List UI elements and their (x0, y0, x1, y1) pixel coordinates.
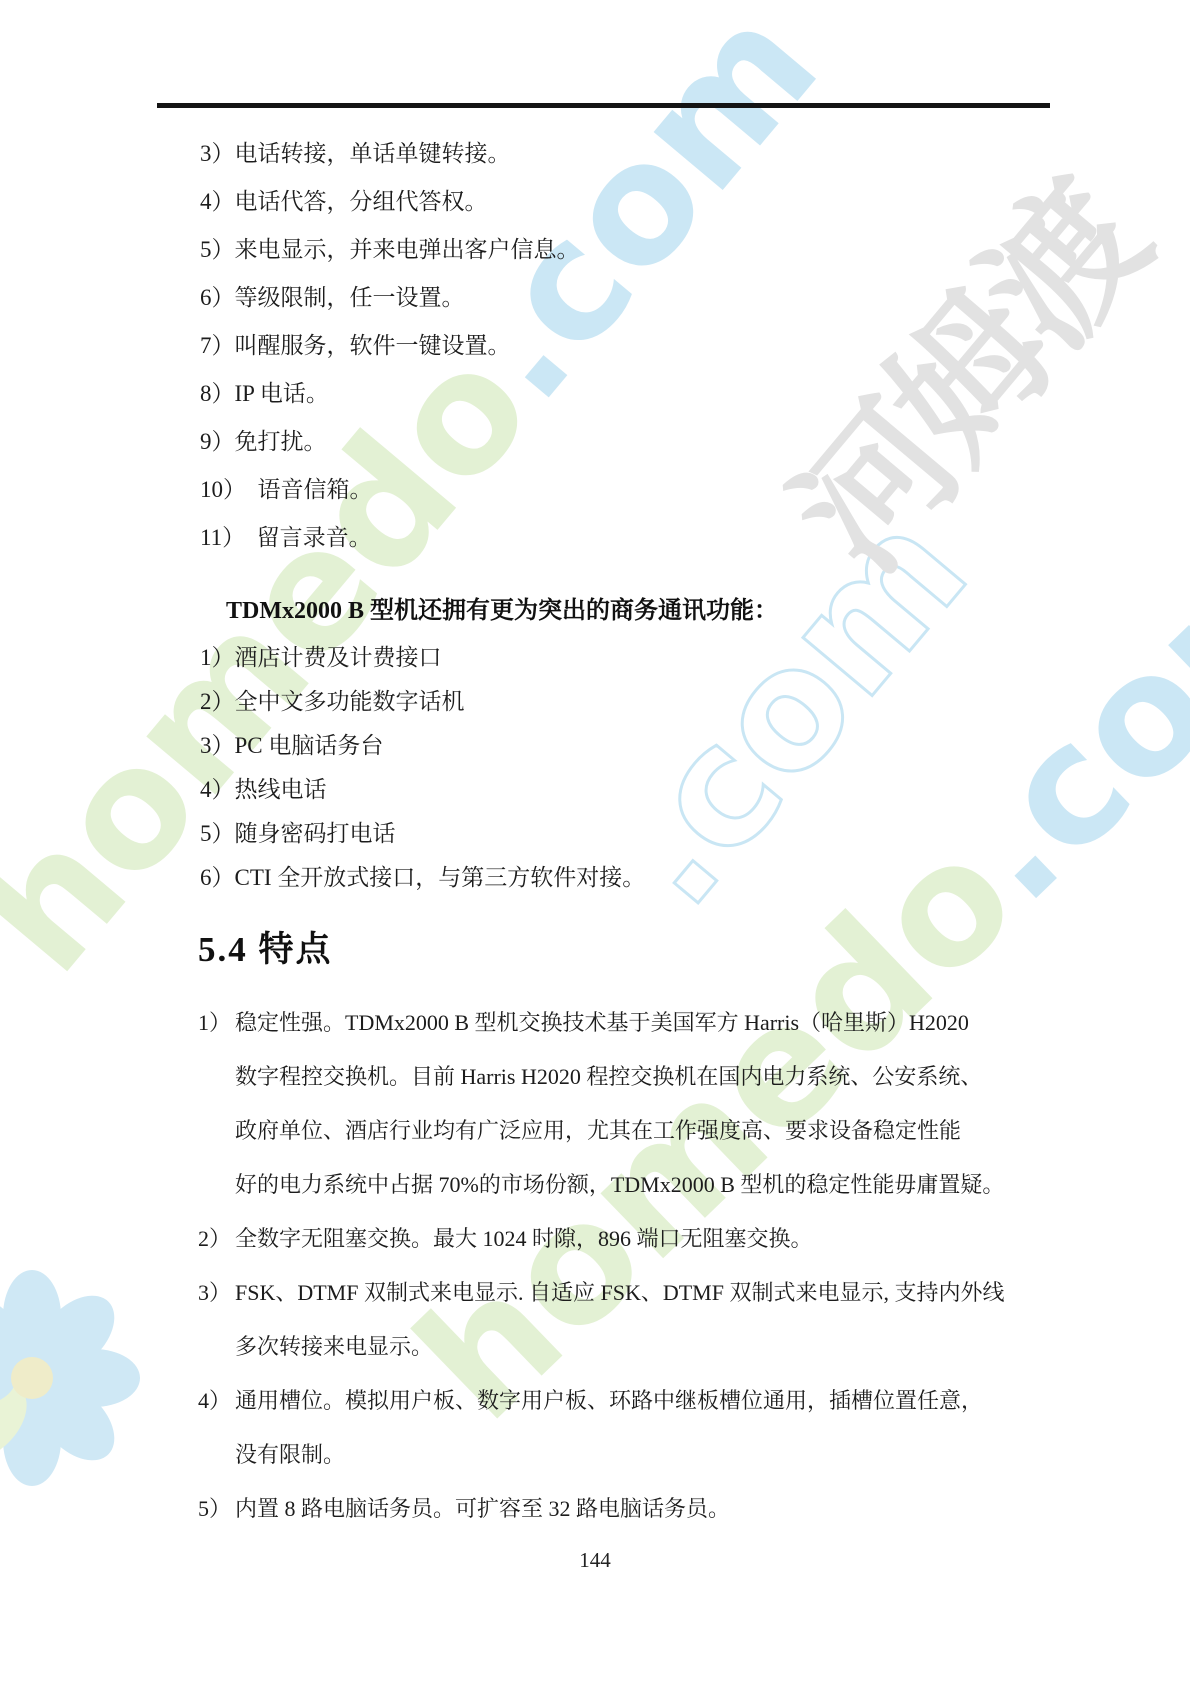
business-feature-list: 1）酒店计费及计费接口 2）全中文多功能数字话机 3）PC 电脑话务台 4）热线… (200, 636, 1040, 900)
list-item: 3）PC 电脑话务台 (200, 724, 1040, 768)
feature-paragraph: 2） 全数字无阻塞交换。最大 1024 时隙，896 端口无阻塞交换。 (198, 1212, 1028, 1266)
list-item: 2）全中文多功能数字话机 (200, 680, 1040, 724)
list-item: 3）电话转接，单话单键转接。 (200, 130, 1040, 178)
item-number: 2） (198, 1212, 231, 1266)
item-number: 4） (198, 1374, 231, 1428)
section-heading-5-4: 5.4 特点 (198, 922, 333, 972)
paragraph-line: 通用槽位。模拟用户板、数字用户板、环路中继板槽位通用，插槽位置任意， (235, 1374, 1028, 1428)
feature-paragraph: 1） 稳定性强。TDMx2000 B 型机交换技术基于美国军方 Harris（哈… (198, 996, 1028, 1212)
list-item: 4）电话代答，分组代答权。 (200, 178, 1040, 226)
list-item: 9）免打扰。 (200, 418, 1040, 466)
paragraph-line: 好的电力系统中占据 70%的市场份额，TDMx2000 B 型机的稳定性能毋庸置… (235, 1158, 1028, 1212)
paragraph-line: 数字程控交换机。目前 Harris H2020 程控交换机在国内电力系统、公安系… (235, 1050, 1028, 1104)
basic-feature-list: 3）电话转接，单话单键转接。 4）电话代答，分组代答权。 5）来电显示，并来电弹… (200, 130, 1040, 562)
paragraph-line: 没有限制。 (235, 1428, 1028, 1482)
feature-paragraph: 3） FSK、DTMF 双制式来电显示. 自适应 FSK、DTMF 双制式来电显… (198, 1266, 1028, 1374)
list-item: 5）来电显示，并来电弹出客户信息。 (200, 226, 1040, 274)
paragraph-line: FSK、DTMF 双制式来电显示. 自适应 FSK、DTMF 双制式来电显示, … (235, 1266, 1028, 1320)
item-lines: 全数字无阻塞交换。最大 1024 时隙，896 端口无阻塞交换。 (235, 1212, 1028, 1266)
document-content: 3）电话转接，单话单键转接。 4）电话代答，分组代答权。 5）来电显示，并来电弹… (0, 0, 1190, 1684)
item-lines: FSK、DTMF 双制式来电显示. 自适应 FSK、DTMF 双制式来电显示, … (235, 1266, 1028, 1374)
page-number: 144 (0, 1548, 1190, 1573)
item-number: 5） (198, 1482, 231, 1536)
business-features-heading: TDMx2000 B 型机还拥有更为突出的商务通讯功能： (226, 590, 1066, 625)
list-item: 10） 语音信箱。 (200, 466, 1040, 514)
document-page: homedo.com .com 河姆渡 homedo.com 3）电话转接，单话… (0, 0, 1190, 1684)
feature-paragraph-list: 1） 稳定性强。TDMx2000 B 型机交换技术基于美国军方 Harris（哈… (198, 996, 1028, 1536)
list-item: 1）酒店计费及计费接口 (200, 636, 1040, 680)
feature-paragraph: 5） 内置 8 路电脑话务员。可扩容至 32 路电脑话务员。 (198, 1482, 1028, 1536)
list-item: 4）热线电话 (200, 768, 1040, 812)
item-number: 3） (198, 1266, 231, 1320)
list-item: 5）随身密码打电话 (200, 812, 1040, 856)
paragraph-line: 全数字无阻塞交换。最大 1024 时隙，896 端口无阻塞交换。 (235, 1212, 1028, 1266)
list-item: 7）叫醒服务，软件一键设置。 (200, 322, 1040, 370)
list-item: 11） 留言录音。 (200, 514, 1040, 562)
list-item: 6）等级限制，任一设置。 (200, 274, 1040, 322)
paragraph-line: 稳定性强。TDMx2000 B 型机交换技术基于美国军方 Harris（哈里斯）… (235, 996, 1028, 1050)
paragraph-line: 多次转接来电显示。 (235, 1320, 1028, 1374)
list-item: 6）CTI 全开放式接口，与第三方软件对接。 (200, 856, 1040, 900)
item-lines: 稳定性强。TDMx2000 B 型机交换技术基于美国军方 Harris（哈里斯）… (235, 996, 1028, 1212)
header-rule (157, 103, 1050, 108)
list-item: 8）IP 电话。 (200, 370, 1040, 418)
item-lines: 通用槽位。模拟用户板、数字用户板、环路中继板槽位通用，插槽位置任意，没有限制。 (235, 1374, 1028, 1482)
item-number: 1） (198, 996, 231, 1050)
paragraph-line: 内置 8 路电脑话务员。可扩容至 32 路电脑话务员。 (235, 1482, 1028, 1536)
paragraph-line: 政府单位、酒店行业均有广泛应用，尤其在工作强度高、要求设备稳定性能 (235, 1104, 1028, 1158)
item-lines: 内置 8 路电脑话务员。可扩容至 32 路电脑话务员。 (235, 1482, 1028, 1536)
feature-paragraph: 4） 通用槽位。模拟用户板、数字用户板、环路中继板槽位通用，插槽位置任意，没有限… (198, 1374, 1028, 1482)
